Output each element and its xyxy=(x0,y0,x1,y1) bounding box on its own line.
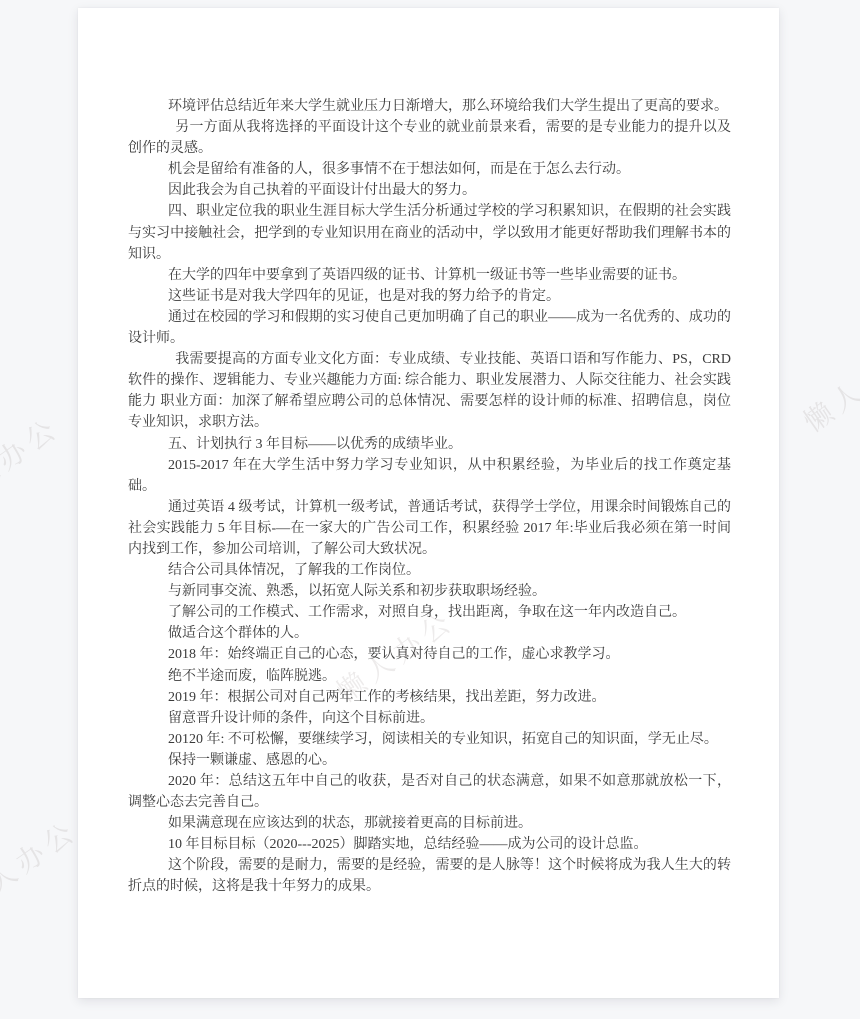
paragraph: 这些证书是对我大学四年的见证，也是对我的努力给予的肯定。 xyxy=(128,286,731,307)
paragraph: 2019 年：根据公司对自己两年工作的考核结果，找出差距，努力改进。 xyxy=(128,687,731,708)
paragraph: 2018 年：始终端正自己的心态，要认真对待自己的工作，虚心求教学习。 xyxy=(128,644,731,665)
paragraph: 如果满意现在应该达到的状态，那就接着更高的目标前进。 xyxy=(128,813,731,834)
paragraph: 20120 年: 不可松懈，要继续学习，阅读相关的专业知识，拓宽自己的知识面，学… xyxy=(128,729,731,750)
paragraph: 另一方面从我将选择的平面设计这个专业的就业前景来看，需要的是专业能力的提升以及创… xyxy=(128,117,731,159)
document-text: 环境评估总结近年来大学生就业压力日渐增大，那么环境给我们大学生提出了更高的要求。… xyxy=(128,96,731,898)
document-page: 环境评估总结近年来大学生就业压力日渐增大，那么环境给我们大学生提出了更高的要求。… xyxy=(78,8,779,998)
paragraph: 在大学的四年中要拿到了英语四级的证书、计算机一级证书等一些毕业需要的证书。 xyxy=(128,265,731,286)
paragraph: 通过英语 4 级考试，计算机一级考试，普通话考试，获得学士学位，用课余时间锻炼自… xyxy=(128,497,731,560)
paragraph: 保持一颗谦虚、感恩的心。 xyxy=(128,750,731,771)
paragraph: 绝不半途而废，临阵脱逃。 xyxy=(128,666,731,687)
screenshot-canvas: 环境评估总结近年来大学生就业压力日渐增大，那么环境给我们大学生提出了更高的要求。… xyxy=(0,0,860,1019)
paragraph: 五、计划执行 3 年目标——以优秀的成绩毕业。 xyxy=(128,434,731,455)
paragraph: 做适合这个群体的人。 xyxy=(128,623,731,644)
paragraph: 这个阶段，需要的是耐力，需要的是经验，需要的是人脉等！这个时候将成为我人生大的转… xyxy=(128,855,731,897)
paragraph: 四、职业定位我的职业生涯目标大学生活分析通过学校的学习积累知识，在假期的社会实践… xyxy=(128,201,731,264)
paragraph: 2015-2017 年在大学生活中努力学习专业知识，从中积累经验，为毕业后的找工… xyxy=(128,455,731,497)
watermark-text: 懒人办公 xyxy=(0,810,85,921)
paragraph: 与新同事交流、熟悉，以拓宽人际关系和初步获取职场经验。 xyxy=(128,581,731,602)
paragraph: 机会是留给有准备的人，很多事情不在于想法如何，而是在于怎么去行动。 xyxy=(128,159,731,180)
paragraph: 了解公司的工作模式、工作需求，对照自身，找出距离，争取在这一年内改造自己。 xyxy=(128,602,731,623)
paragraph: 环境评估总结近年来大学生就业压力日渐增大，那么环境给我们大学生提出了更高的要求。 xyxy=(128,96,731,117)
paragraph: 留意晋升设计师的条件，向这个目标前进。 xyxy=(128,708,731,729)
paragraph: 我需要提高的方面专业文化方面：专业成绩、专业技能、英语口语和写作能力、PS，CR… xyxy=(128,349,731,433)
paragraph: 因此我会为自己执着的平面设计付出最大的努力。 xyxy=(128,180,731,201)
watermark-text: 懒人办公 xyxy=(0,407,67,518)
paragraph: 10 年目标目标（2020---2025）脚踏实地，总结经验——成为公司的设计总… xyxy=(128,834,731,855)
watermark-text: 懒人办公 xyxy=(795,330,860,441)
paragraph: 结合公司具体情况，了解我的工作岗位。 xyxy=(128,560,731,581)
paragraph: 通过在校园的学习和假期的实习使自己更加明确了自己的职业——成为一名优秀的、成功的… xyxy=(128,307,731,349)
paragraph: 2020 年：总结这五年中自己的收获，是否对自己的状态满意，如果不如意那就放松一… xyxy=(128,771,731,813)
